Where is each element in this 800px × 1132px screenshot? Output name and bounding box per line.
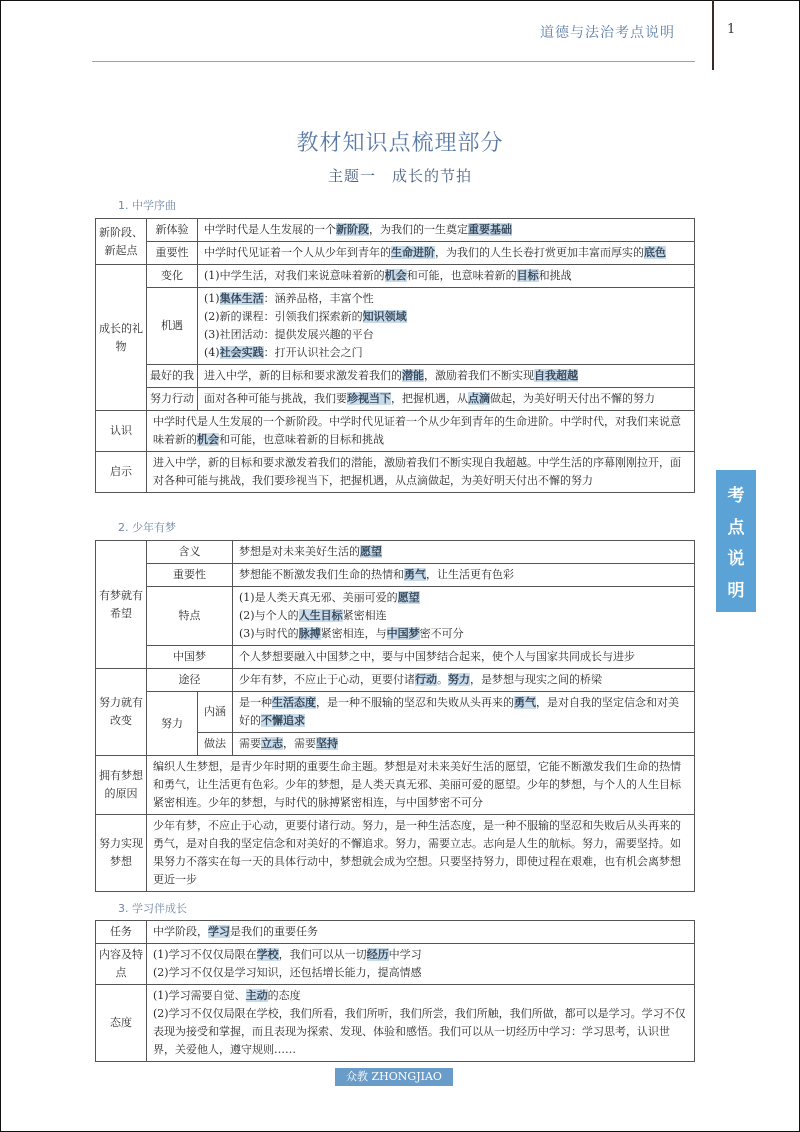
row-key: 重要性	[147, 242, 198, 265]
row-key: 态度	[96, 985, 147, 1062]
table-row: 有梦就有希望 含义 梦想是对未来美好生活的愿望	[96, 541, 695, 564]
row-key: 任务	[96, 921, 147, 944]
row-key: 含义	[147, 541, 233, 564]
page-number: 1	[727, 22, 735, 37]
side-tab-char: 点	[728, 513, 745, 538]
side-tab-char: 明	[728, 576, 745, 601]
table-row: 努力行动 面对各种可能与挑战，我们要珍视当下，把握机遇，从点滴做起，为美好明天付…	[96, 388, 695, 411]
row-key: 努力行动	[147, 388, 198, 411]
row-value: 中学时代是人生发展的一个新阶段。中学时代见证着一个从少年到青年的生命进阶。中学时…	[147, 411, 695, 452]
row-key: 机遇	[147, 288, 198, 365]
row-key: 拥有梦想的原因	[96, 756, 147, 815]
publisher-badge: 众教 ZHONGJIAO	[335, 1068, 453, 1086]
row-value: 个人梦想要融入中国梦之中，要与中国梦结合起来，使个人与国家共同成长与进步	[233, 646, 695, 669]
row-value: 进入中学，新的目标和要求激发着我们的潜能，激励着我们不断实现自我超越	[198, 365, 695, 388]
row-value: (1)集体生活：涵养品格，丰富个性 (2)新的课程：引领我们探索新的知识领域 (…	[198, 288, 695, 365]
row-value: (1)学习需要自觉、主动的态度 (2)学习不仅仅局限在学校，我们所看，我们所听，…	[147, 985, 695, 1062]
table-row: 启示 进入中学，新的目标和要求激发着我们的潜能，激励着我们不断实现自我超越。中学…	[96, 452, 695, 493]
table-row: 机遇 (1)集体生活：涵养品格，丰富个性 (2)新的课程：引领我们探索新的知识领…	[96, 288, 695, 365]
row-value: 梦想是对未来美好生活的愿望	[233, 541, 695, 564]
row-value: 需要立志，需要坚持	[233, 733, 695, 756]
row-value: 是一种生活态度，是一种不服输的坚忍和失败从头再来的勇气，是对自我的坚定信念和对美…	[233, 692, 695, 733]
side-tab-char: 说	[728, 544, 745, 569]
row-key: 变化	[147, 265, 198, 288]
group-header: 新阶段、新起点	[96, 219, 147, 265]
section-label-3: 3. 学习伴成长	[118, 900, 187, 916]
row-value: (1)是人类天真无邪、美丽可爱的愿望 (2)与个人的人生目标紧密相连 (3)与时…	[233, 587, 695, 646]
table-section-3: 任务 中学阶段，学习是我们的重要任务 内容及特点 (1)学习不仅仅局限在学校，我…	[95, 920, 695, 1062]
header-rule	[92, 61, 695, 62]
table-row: 努力就有改变 途径 少年有梦，不应止于心动，更要付诸行动。努力，是梦想与现实之间…	[96, 669, 695, 692]
table-section-2: 有梦就有希望 含义 梦想是对未来美好生活的愿望 重要性 梦想能不断激发我们生命的…	[95, 540, 695, 892]
table-row: 拥有梦想的原因 编织人生梦想，是青少年时期的重要生命主题。梦想是对未来美好生活的…	[96, 756, 695, 815]
table-row: 任务 中学阶段，学习是我们的重要任务	[96, 921, 695, 944]
row-key: 启示	[96, 452, 147, 493]
row-key: 中国梦	[147, 646, 233, 669]
table-section-1: 新阶段、新起点 新体验 中学时代是人生发展的一个新阶段，为我们的一生奠定重要基础…	[95, 218, 695, 493]
main-title: 教材知识点梳理部分	[0, 126, 800, 157]
row-key: 特点	[147, 587, 233, 646]
table-row: 成长的礼物 变化 (1)中学生活，对我们来说意味着新的机会和可能，也意味着新的目…	[96, 265, 695, 288]
table-row: 新阶段、新起点 新体验 中学时代是人生发展的一个新阶段，为我们的一生奠定重要基础	[96, 219, 695, 242]
row-value: (1)中学生活，对我们来说意味着新的机会和可能，也意味着新的目标和挑战	[198, 265, 695, 288]
side-tab-char: 考	[728, 481, 745, 506]
row-key: 努力实现梦想	[96, 815, 147, 892]
group-header: 有梦就有希望	[96, 541, 147, 669]
row-key: 认识	[96, 411, 147, 452]
row-subkey: 做法	[198, 733, 233, 756]
table-row: 认识 中学时代是人生发展的一个新阶段。中学时代见证着一个从少年到青年的生命进阶。…	[96, 411, 695, 452]
row-value: 中学时代见证着一个人从少年到青年的生命进阶，为我们的人生长卷打赏更加丰富而厚实的…	[198, 242, 695, 265]
group-header: 努力就有改变	[96, 669, 147, 756]
table-row: 态度 (1)学习需要自觉、主动的态度 (2)学习不仅仅局限在学校，我们所看，我们…	[96, 985, 695, 1062]
row-value: (1)学习不仅仅局限在学校，我们可以从一切经历中学习 (2)学习不仅仅是学习知识…	[147, 944, 695, 985]
row-subkey: 内涵	[198, 692, 233, 733]
section-label-1: 1. 中学序曲	[118, 197, 176, 213]
side-tab-exam-notes: 考 点 说 明	[716, 470, 756, 612]
row-value: 少年有梦，不应止于心动，更要付诸行动。努力，是梦想与现实之间的桥梁	[233, 669, 695, 692]
header-divider	[712, 0, 714, 70]
table-row: 重要性 梦想能不断激发我们生命的热情和勇气，让生活更有色彩	[96, 564, 695, 587]
table-row: 努力实现梦想 少年有梦，不应止于心动，更要付诸行动。努力，是一种生活态度，是一种…	[96, 815, 695, 892]
table-row: 中国梦 个人梦想要融入中国梦之中，要与中国梦结合起来，使个人与国家共同成长与进步	[96, 646, 695, 669]
header-title: 道德与法治考点说明	[540, 22, 675, 42]
row-value: 进入中学，新的目标和要求激发着我们的潜能，激励着我们不断实现自我超越。中学生活的…	[147, 452, 695, 493]
table-row: 最好的我 进入中学，新的目标和要求激发着我们的潜能，激励着我们不断实现自我超越	[96, 365, 695, 388]
row-key: 新体验	[147, 219, 198, 242]
sub-title: 主题一 成长的节拍	[0, 165, 800, 186]
row-value: 梦想能不断激发我们生命的热情和勇气，让生活更有色彩	[233, 564, 695, 587]
table-row: 特点 (1)是人类天真无邪、美丽可爱的愿望 (2)与个人的人生目标紧密相连 (3…	[96, 587, 695, 646]
row-key: 努力	[147, 692, 198, 756]
table-row: 内容及特点 (1)学习不仅仅局限在学校，我们可以从一切经历中学习 (2)学习不仅…	[96, 944, 695, 985]
section-label-2: 2. 少年有梦	[118, 519, 176, 535]
row-key: 最好的我	[147, 365, 198, 388]
row-key: 内容及特点	[96, 944, 147, 985]
row-value: 少年有梦，不应止于心动，更要付诸行动。努力，是一种生活态度，是一种不服输的坚忍和…	[147, 815, 695, 892]
table-row: 努力 内涵 是一种生活态度，是一种不服输的坚忍和失败从头再来的勇气，是对自我的坚…	[96, 692, 695, 733]
row-value: 编织人生梦想，是青少年时期的重要生命主题。梦想是对未来美好生活的愿望，它能不断激…	[147, 756, 695, 815]
row-value: 中学阶段，学习是我们的重要任务	[147, 921, 695, 944]
row-value: 面对各种可能与挑战，我们要珍视当下，把握机遇，从点滴做起，为美好明天付出不懈的努…	[198, 388, 695, 411]
row-value: 中学时代是人生发展的一个新阶段，为我们的一生奠定重要基础	[198, 219, 695, 242]
table-row: 重要性 中学时代见证着一个人从少年到青年的生命进阶，为我们的人生长卷打赏更加丰富…	[96, 242, 695, 265]
row-key: 重要性	[147, 564, 233, 587]
row-key: 途径	[147, 669, 233, 692]
group-header: 成长的礼物	[96, 265, 147, 411]
